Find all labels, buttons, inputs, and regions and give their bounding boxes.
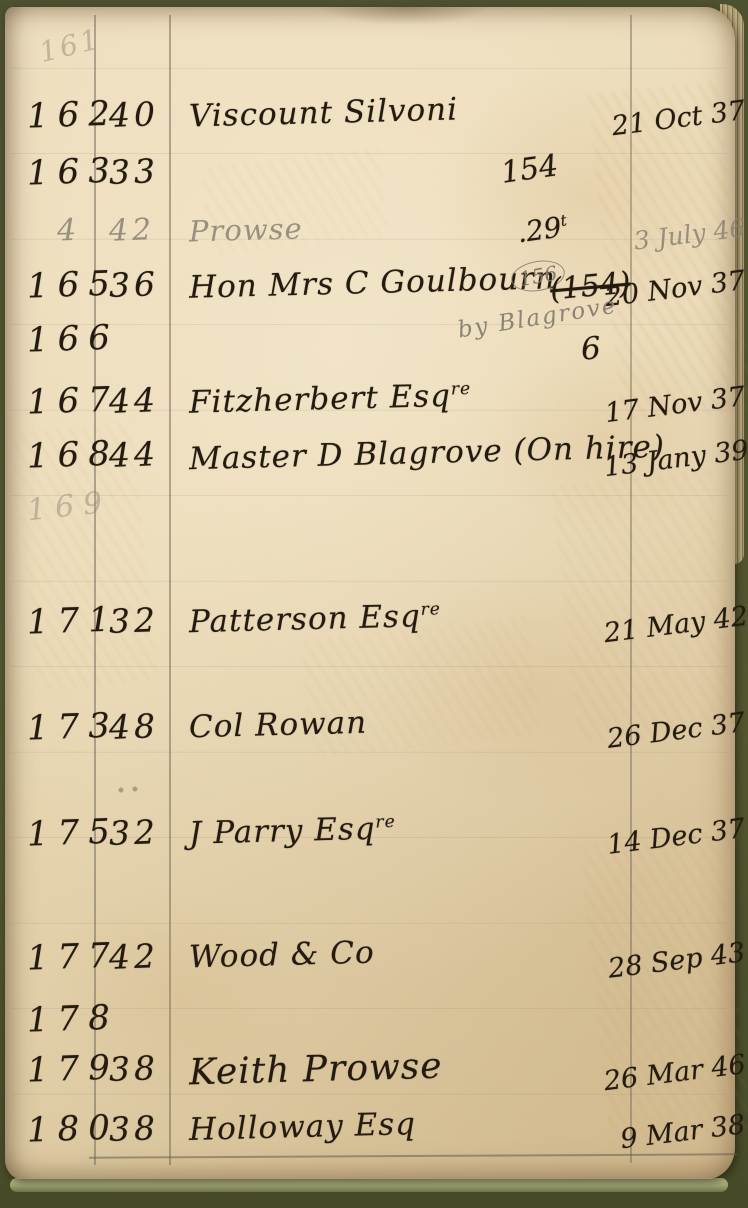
entry-number: 177 (26, 935, 119, 978)
size-number: 32 (108, 812, 159, 853)
ledger-row: 171 32 Patterson Esqre 21 May 42 (5, 601, 748, 671)
entry-name: Col Rowan (189, 705, 368, 746)
entry-number: 4 (56, 213, 85, 249)
entry-number: 179 (26, 1047, 119, 1090)
entry-number: 169 (25, 485, 112, 529)
ledger-row: 173 48 Col Rowan 26 Dec 37 (5, 707, 748, 777)
size-number: 42 (108, 212, 155, 249)
entry-number: 168 (26, 433, 119, 476)
entry-name: Wood & Co (189, 935, 376, 976)
size-number: 40 (108, 94, 159, 135)
reference-number: .29t (515, 210, 570, 250)
size-number: 42 (108, 936, 159, 977)
entry-number: 171 (26, 599, 119, 642)
ledger-row: 163 33 154 (5, 152, 748, 222)
entry-date: 21 Oct 37 (602, 95, 747, 143)
entry-number: 178 (26, 997, 119, 1040)
entry-date: 28 Sep 43 (602, 937, 747, 985)
pencil-marks (117, 785, 143, 795)
size-number: 33 (108, 151, 159, 192)
size-number: 38 (108, 1048, 159, 1089)
entry-number: 163 (26, 150, 119, 193)
entry-number: 180 (26, 1107, 119, 1150)
size-number: 48 (108, 706, 159, 747)
entry-name: Patterson Esqre (189, 598, 442, 641)
entry-name: Viscount Silvoni (189, 91, 459, 134)
entry-number: 175 (26, 811, 119, 854)
entry-number: 161 (36, 22, 105, 69)
entry-number: 167 (26, 379, 119, 422)
size-number: 44 (108, 434, 159, 475)
ledger-row: 169 (5, 489, 748, 559)
page-bottom-edge (10, 1178, 728, 1192)
entry-date: 14 Dec 37 (602, 813, 747, 861)
ledger-row: 161 (5, 29, 748, 99)
entry-date: 21 May 42 (602, 601, 747, 649)
size-number: 38 (108, 1108, 159, 1149)
ledger-row: 175 32 J Parry Esqre 14 Dec 37 (5, 813, 748, 883)
entry-number: 162 (26, 93, 119, 136)
entry-date: 3 July 46 (602, 213, 746, 259)
entry-date: 26 Mar 46 (602, 1049, 747, 1097)
entry-name: Fitzherbert Esqre (189, 377, 472, 420)
reference-number: 154 (499, 148, 561, 191)
size-number: 44 (108, 380, 159, 421)
entry-date: 9 Mar 38 (602, 1109, 747, 1157)
entry-number: 165 (26, 263, 119, 306)
entry-name: Master D Blagrove (On hire) (189, 429, 666, 477)
entry-number: 166 (26, 317, 119, 360)
ledger-scan: { "colors":{"ink":"#241b10","pencil":"#8… (0, 0, 748, 1208)
size-number: 32 (108, 600, 159, 641)
entry-date: 17 Nov 37 (602, 381, 747, 429)
entry-name: Hon Mrs C Goulbourn (189, 260, 557, 306)
entry-name: Holloway Esq (189, 1106, 417, 1148)
entry-number: 173 (26, 705, 119, 748)
entry-date: 26 Dec 37 (602, 707, 747, 755)
entry-name: Keith Prowse (189, 1046, 444, 1094)
size-number: 36 (108, 264, 159, 305)
ledger-page: 161 162 40 Viscount Silvoni 21 Oct 37 16… (5, 7, 735, 1179)
ledger-row: 180 38 Holloway Esq 9 Mar 38 (5, 1109, 748, 1179)
entry-name: Prowse (189, 212, 304, 249)
entry-name: J Parry Esqre (189, 810, 397, 851)
